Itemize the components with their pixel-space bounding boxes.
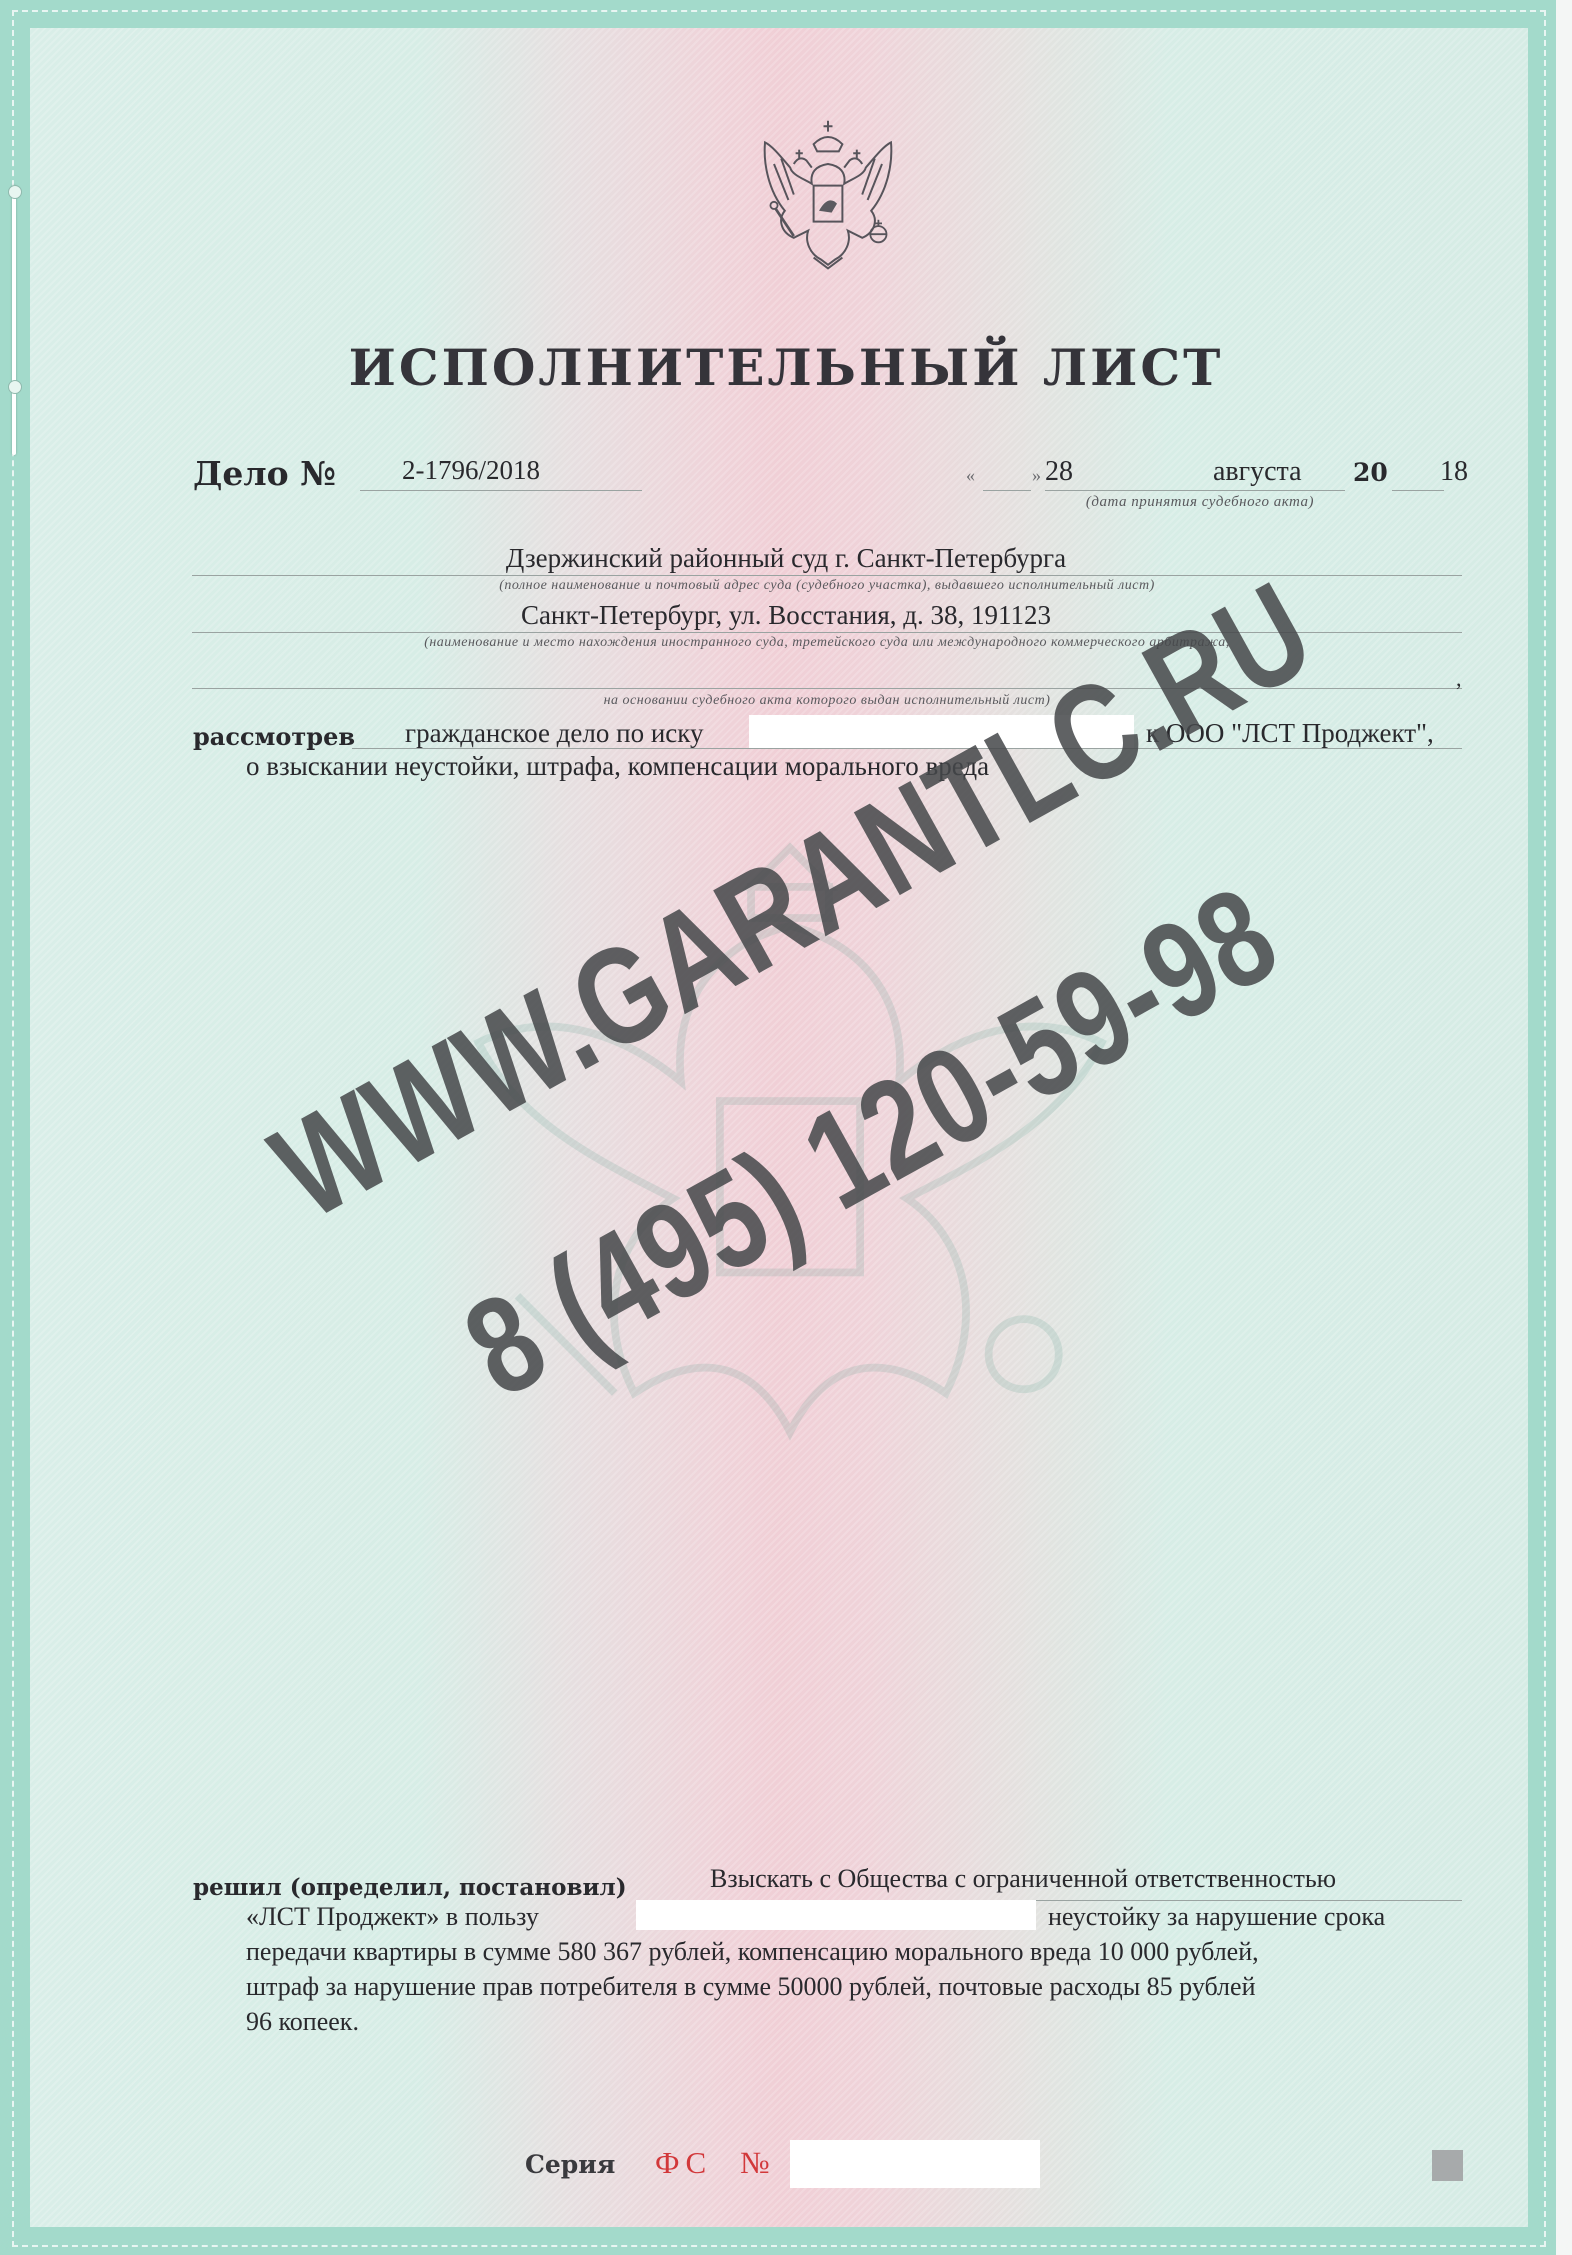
date-day-line [983, 490, 1031, 491]
case-label: Дело № [193, 454, 336, 493]
russian-coat-of-arms-icon [738, 110, 918, 290]
series-label: Серия [525, 2150, 615, 2179]
court-address: Санкт-Петербург, ул. Восстания, д. 38, 1… [0, 600, 1572, 631]
date-close-quote: » [1032, 465, 1041, 486]
case-number-line [360, 490, 642, 491]
decided-label: решил (определил, постановил) [193, 1874, 627, 1901]
date-day: 28 [1045, 456, 1073, 488]
date-hint: (дата принятия судебного акта) [1050, 494, 1350, 511]
document-title: ИСПОЛНИТЕЛЬНЫЙ ЛИСТ [0, 338, 1572, 397]
decided-line5: 96 копеек. [246, 2007, 359, 2037]
basis-trailing-comma: , [1456, 666, 1462, 692]
series-number-sign: № [740, 2145, 770, 2181]
decided-line3: передачи квартиры в сумме 580 367 рублей… [246, 1937, 1259, 1967]
date-year-prefix: 20 [1353, 458, 1388, 487]
binding-knot-top [8, 185, 22, 199]
decided-line1: Взыскать с Общества с ограниченной ответ… [710, 1864, 1336, 1894]
date-open-quote: « [966, 465, 975, 486]
redacted-claimant-name [636, 1900, 1036, 1930]
considered-label: рассмотрев [193, 722, 355, 751]
redacted-series-number [790, 2140, 1040, 2188]
decided-line2-start: «ЛСТ Проджект» в пользу [246, 1902, 539, 1932]
decided-line2-end: неустойку за нарушение срока [1048, 1902, 1385, 1932]
case-number: 2-1796/2018 [402, 455, 540, 486]
date-month: августа [1213, 456, 1302, 488]
decided-line4: штраф за нарушение прав потребителя в су… [246, 1972, 1255, 2002]
date-year-line [1392, 490, 1444, 491]
date-year-suffix: 18 [1440, 456, 1468, 488]
series-code: ФС [655, 2145, 712, 2181]
considered-line1-start: гражданское дело по иску [405, 718, 704, 749]
date-month-line [1045, 490, 1345, 491]
court-name: Дзержинский районный суд г. Санкт-Петерб… [0, 543, 1572, 574]
corner-marker-square [1432, 2150, 1463, 2181]
binding-thread [12, 185, 16, 455]
